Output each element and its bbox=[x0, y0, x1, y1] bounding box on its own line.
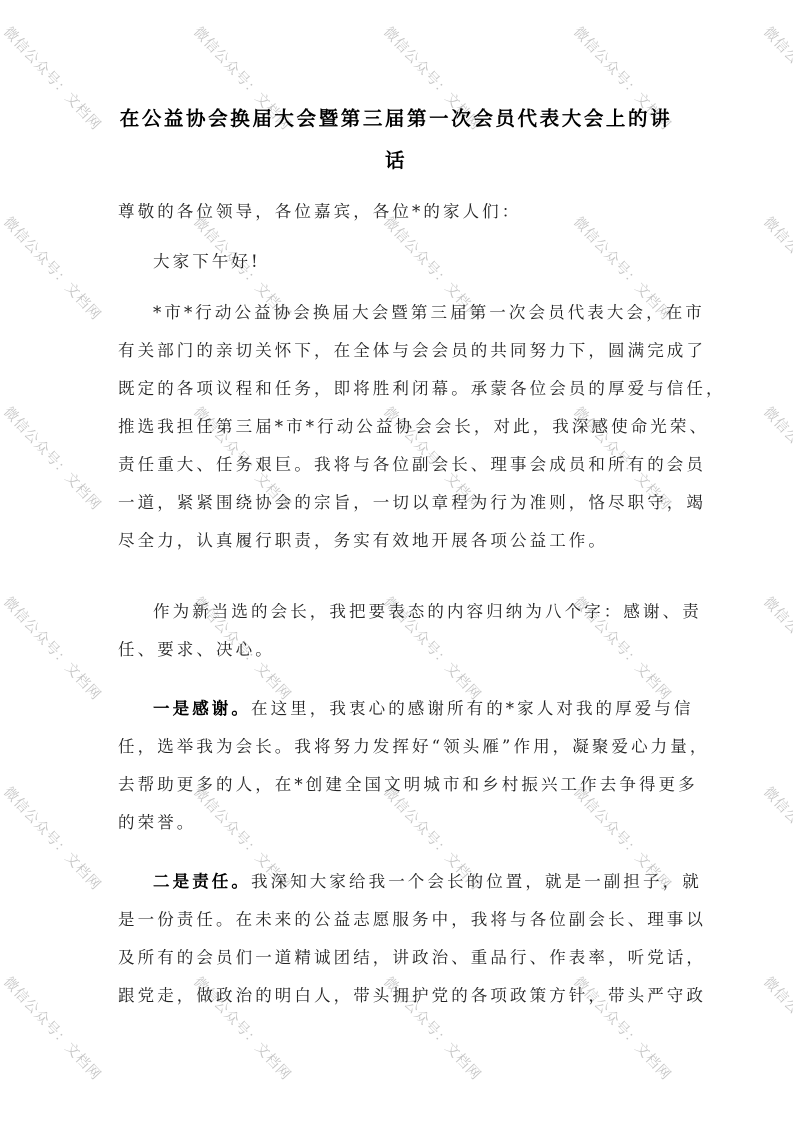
paragraph-line: 任，选举我为会长。我将努力发挥好“领头雁”作用，凝聚爱心力量， bbox=[118, 728, 674, 766]
document-page: 微信公众号：文档网微信公众号：文档网微信公众号：文档网微信公众号：文档网微信公众… bbox=[0, 0, 793, 1122]
paragraph-line: 是一份责任。在未来的公益志愿服务中，我将与各位副会长、理事以 bbox=[118, 901, 674, 939]
paragraph-line: 一是感谢。在这里，我衷心的感谢所有的*家人对我的厚爱与信 bbox=[118, 690, 674, 728]
paragraph-line-text: 我深知大家给我一个会长的位置，就是一副担子，就 bbox=[251, 872, 702, 891]
paragraph-thanks: 一是感谢。在这里，我衷心的感谢所有的*家人对我的厚爱与信 任，选举我为会长。我将… bbox=[118, 690, 674, 842]
document-content: 在公益协会换届大会暨第三届第一次会员代表大会上的讲 话 尊敬的各位领导，各位嘉宾… bbox=[0, 0, 793, 1122]
paragraph-line: 的荣誉。 bbox=[118, 804, 674, 842]
paragraph-line: 责任重大、任务艰巨。我将与各位副会长、理事会成员和所有的会员 bbox=[118, 446, 674, 484]
greeting-text: 大家下午好! bbox=[118, 243, 674, 281]
paragraph-responsibility: 二是责任。我深知大家给我一个会长的位置，就是一副担子，就 是一份责任。在未来的公… bbox=[118, 863, 674, 1015]
paragraph-line: 跟党走，做政治的明白人，带头拥护党的各项政策方针，带头严守政 bbox=[118, 977, 674, 1015]
paragraph-line: 任、要求、决心。 bbox=[118, 631, 674, 669]
paragraph-line: 作为新当选的会长，我把要表态的内容归纳为八个字：感谢、责 bbox=[118, 593, 674, 631]
paragraph-summary: 作为新当选的会长，我把要表态的内容归纳为八个字：感谢、责 任、要求、决心。 bbox=[118, 593, 674, 669]
greeting: 大家下午好! bbox=[118, 243, 674, 281]
paragraph-opening: *市*行动公益协会换届大会暨第三届第一次会员代表大会，在市 有关部门的亲切关怀下… bbox=[118, 294, 674, 560]
salutation: 尊敬的各位领导，各位嘉宾，各位*的家人们： bbox=[118, 193, 674, 231]
paragraph-line: *市*行动公益协会换届大会暨第三届第一次会员代表大会，在市 bbox=[118, 294, 674, 332]
paragraph-line: 一道，紧紧围绕协会的宗旨，一切以章程为行为准则，恪尽职守，竭 bbox=[118, 484, 674, 522]
section-heading-thanks: 一是感谢。 bbox=[153, 699, 251, 718]
section-heading-responsibility: 二是责任。 bbox=[153, 872, 251, 891]
salutation-text: 尊敬的各位领导，各位嘉宾，各位*的家人们： bbox=[118, 193, 674, 231]
paragraph-line-text: 在这里，我衷心的感谢所有的*家人对我的厚爱与信 bbox=[251, 699, 694, 718]
paragraph-line: 二是责任。我深知大家给我一个会长的位置，就是一副担子，就 bbox=[118, 863, 674, 901]
paragraph-line: 及所有的会员们一道精诚团结，讲政治、重品行、作表率，听党话， bbox=[118, 939, 674, 977]
paragraph-line: 既定的各项议程和任务，即将胜利闭幕。承蒙各位会员的厚爱与信任， bbox=[118, 370, 674, 408]
paragraph-line: 有关部门的亲切关怀下，在全体与会会员的共同努力下，圆满完成了 bbox=[118, 332, 674, 370]
paragraph-line: 尽全力，认真履行职责，务实有效地开展各项公益工作。 bbox=[118, 522, 674, 560]
document-title-line-1: 在公益协会换届大会暨第三届第一次会员代表大会上的讲 bbox=[118, 103, 674, 131]
paragraph-line: 去帮助更多的人，在*创建全国文明城市和乡村振兴工作去争得更多 bbox=[118, 766, 674, 804]
document-title-line-2: 话 bbox=[118, 145, 674, 173]
paragraph-line: 推选我担任第三届*市*行动公益协会会长，对此，我深感使命光荣、 bbox=[118, 408, 674, 446]
